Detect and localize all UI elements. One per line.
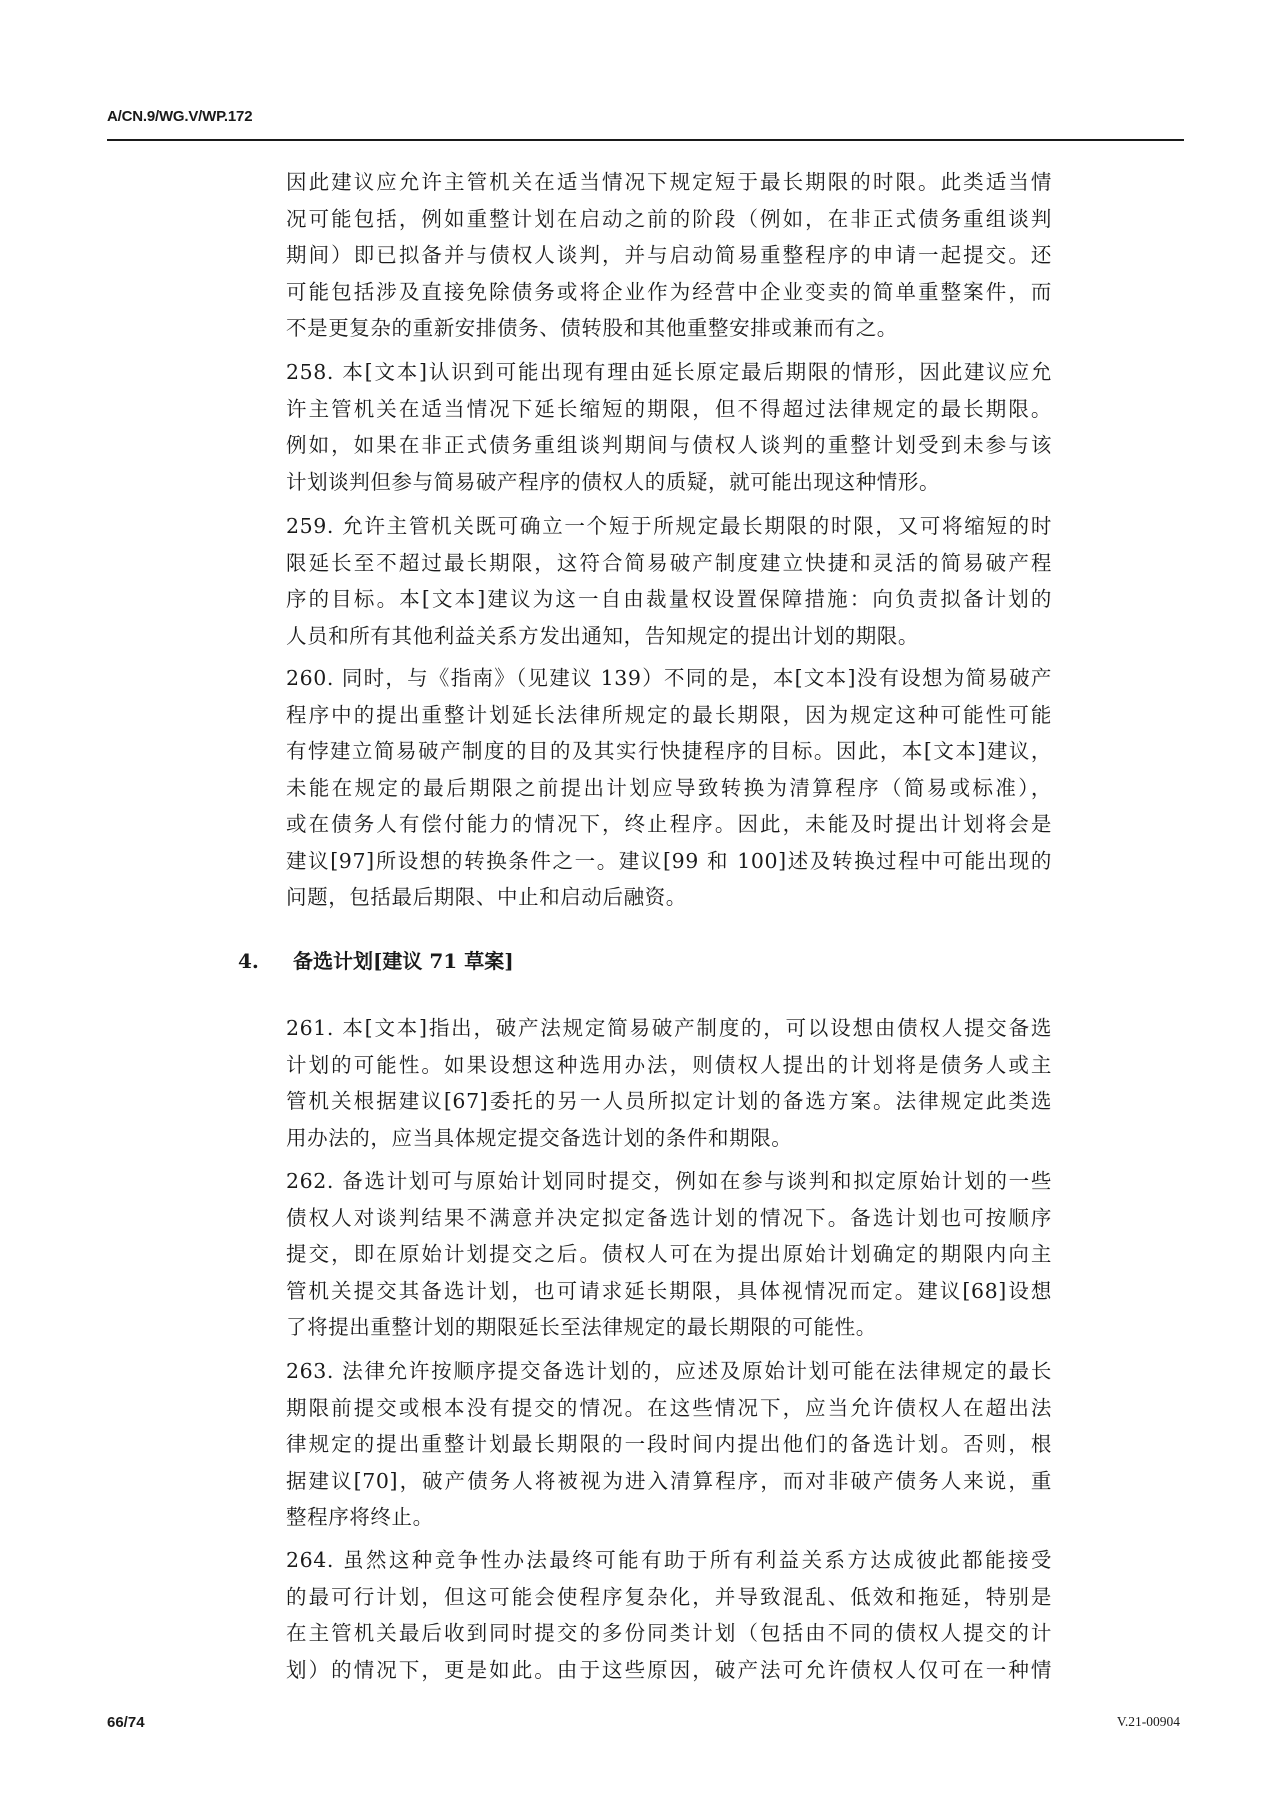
- paragraph-260: 260. 同时，与《指南》（见建议 139）不同的是，本[文本]没有设想为简易破…: [286, 660, 1052, 916]
- text-line: 因此建议应允许主管机关在适当情况下规定短于最长期限的时限。此类适当情: [286, 164, 1052, 201]
- text-line: 建议[97]所设想的转换条件之一。建议[99 和 100]述及转换过程中可能出现…: [286, 843, 1052, 880]
- document-symbol: A/CN.9/WG.V/WP.172: [107, 108, 252, 125]
- section-title: 备选计划[建议 71 草案]: [293, 949, 514, 973]
- section-number: 4.: [238, 946, 286, 976]
- text-line: 不是更复杂的重新安排债务、债转股和其他重整安排或兼而有之。: [286, 310, 1052, 347]
- text-line: 260. 同时，与《指南》（见建议 139）不同的是，本[文本]没有设想为简易破…: [286, 660, 1052, 697]
- text-line: 人员和所有其他利益关系方发出通知，告知规定的提出计划的期限。: [286, 618, 1052, 655]
- text-line: 有悖建立简易破产制度的目的及其实行快捷程序的目标。因此，本[文本]建议，: [286, 733, 1052, 770]
- paragraph-258: 258. 本[文本]认识到可能出现有理由延长原定最后期限的情形，因此建议应允 许…: [286, 354, 1052, 500]
- paragraph-262: 262. 备选计划可与原始计划同时提交，例如在参与谈判和拟定原始计划的一些 债权…: [286, 1163, 1052, 1346]
- text-line: 了将提出重整计划的期限延长至法律规定的最长期限的可能性。: [286, 1309, 1052, 1346]
- text-line: 管机关根据建议[67]委托的另一人员所拟定计划的备选方案。法律规定此类选: [286, 1083, 1052, 1120]
- paragraph-263: 263. 法律允许按顺序提交备选计划的，应述及原始计划可能在法律规定的最长 期限…: [286, 1353, 1052, 1536]
- text-line: 况可能包括，例如重整计划在启动之前的阶段（例如，在非正式债务重组谈判: [286, 201, 1052, 238]
- text-line: 限延长至不超过最长期限，这符合简易破产制度建立快捷和灵活的简易破产程: [286, 545, 1052, 582]
- text-line: 许主管机关在适当情况下延长缩短的期限，但不得超过法律规定的最长期限。: [286, 391, 1052, 428]
- text-line: 的最可行计划，但这可能会使程序复杂化，并导致混乱、低效和拖延，特别是: [286, 1579, 1052, 1616]
- text-line: 263. 法律允许按顺序提交备选计划的，应述及原始计划可能在法律规定的最长: [286, 1353, 1052, 1390]
- text-line: 计划谈判但参与简易破产程序的债权人的质疑，就可能出现这种情形。: [286, 464, 1052, 501]
- text-line: 或在债务人有偿付能力的情况下，终止程序。因此，未能及时提出计划将会是: [286, 806, 1052, 843]
- text-line: 可能包括涉及直接免除债务或将企业作为经营中企业变卖的简单重整案件，而: [286, 274, 1052, 311]
- text-line: 划）的情况下，更是如此。由于这些原因，破产法可允许债权人仅可在一种情: [286, 1652, 1052, 1689]
- text-line: 期间）即已拟备并与债权人谈判，并与启动简易重整程序的申请一起提交。还: [286, 237, 1052, 274]
- paragraph-259: 259. 允许主管机关既可确立一个短于所规定最长期限的时限，又可将缩短的时 限延…: [286, 508, 1052, 654]
- text-line: 问题，包括最后期限、中止和启动后融资。: [286, 879, 1052, 916]
- text-line: 未能在规定的最后期限之前提出计划应导致转换为清算程序（简易或标准），: [286, 770, 1052, 807]
- text-line: 律规定的提出重整计划最长期限的一段时间内提出他们的备选计划。否则，根: [286, 1426, 1052, 1463]
- text-line: 整程序将终止。: [286, 1499, 1052, 1536]
- text-line: 程序中的提出重整计划延长法律所规定的最长期限，因为规定这种可能性可能: [286, 697, 1052, 734]
- text-line: 债权人对谈判结果不满意并决定拟定备选计划的情况下。备选计划也可按顺序: [286, 1200, 1052, 1237]
- job-code: V.21-00904: [1117, 1714, 1180, 1730]
- text-line: 259. 允许主管机关既可确立一个短于所规定最长期限的时限，又可将缩短的时: [286, 508, 1052, 545]
- continued-paragraph: 因此建议应允许主管机关在适当情况下规定短于最长期限的时限。此类适当情 况可能包括…: [286, 164, 1052, 357]
- text-line: 据建议[70]，破产债务人将被视为进入清算程序，而对非破产债务人来说，重: [286, 1463, 1052, 1500]
- text-line: 261. 本[文本]指出，破产法规定简易破产制度的，可以设想由债权人提交备选: [286, 1010, 1052, 1047]
- paragraph-264: 264. 虽然这种竞争性办法最终可能有助于所有利益关系方达成彼此都能接受 的最可…: [286, 1542, 1052, 1688]
- text-line: 管机关提交其备选计划，也可请求延长期限，具体视情况而定。建议[68]设想: [286, 1273, 1052, 1310]
- text-line: 期限前提交或根本没有提交的情况。在这些情况下，应当允许债权人在超出法: [286, 1390, 1052, 1427]
- text-line: 例如，如果在非正式债务重组谈判期间与债权人谈判的重整计划受到未参与该: [286, 427, 1052, 464]
- text-line: 262. 备选计划可与原始计划同时提交，例如在参与谈判和拟定原始计划的一些: [286, 1163, 1052, 1200]
- text-line: 在主管机关最后收到同时提交的多份同类计划（包括由不同的债权人提交的计: [286, 1615, 1052, 1652]
- section-heading: 4. 备选计划[建议 71 草案]: [238, 946, 514, 976]
- text-line: 用办法的，应当具体规定提交备选计划的条件和期限。: [286, 1120, 1052, 1157]
- header-rule: [107, 139, 1184, 141]
- text-line: 序的目标。本[文本]建议为这一自由裁量权设置保障措施：向负责拟备计划的: [286, 581, 1052, 618]
- text-line: 258. 本[文本]认识到可能出现有理由延长原定最后期限的情形，因此建议应允: [286, 354, 1052, 391]
- text-line: 提交，即在原始计划提交之后。债权人可在为提出原始计划确定的期限内向主: [286, 1236, 1052, 1273]
- page-number: 66/74: [107, 1714, 145, 1731]
- text-line: 计划的可能性。如果设想这种选用办法，则债权人提出的计划将是债务人或主: [286, 1047, 1052, 1084]
- paragraph-261: 261. 本[文本]指出，破产法规定简易破产制度的，可以设想由债权人提交备选 计…: [286, 1010, 1052, 1156]
- text-line: 264. 虽然这种竞争性办法最终可能有助于所有利益关系方达成彼此都能接受: [286, 1542, 1052, 1579]
